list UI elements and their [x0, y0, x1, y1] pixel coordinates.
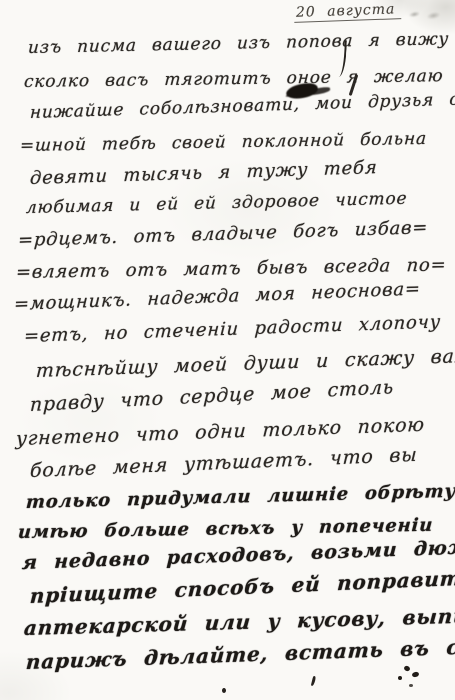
- manuscript-line: =етъ, но стеченіи радости хлопочу: [23, 311, 441, 347]
- ink-dot: [222, 688, 226, 693]
- manuscript-line: любимая и ей ей здоровое чистое: [26, 189, 408, 218]
- manuscript-line: сколко васъ тяготитъ оное я желаю: [23, 66, 444, 92]
- manuscript-line: аптекарской или у кусову, выпишу: [23, 603, 455, 640]
- ink-spatter-dots: [396, 658, 432, 696]
- manuscript-line: =шной тебѣ своей поклонной больна: [19, 129, 427, 156]
- ink-comma-stroke: [311, 676, 316, 686]
- manuscript-line: изъ писма вашего изъ попова я вижу: [28, 29, 450, 58]
- manuscript-line: нижайше соболѣзновати, мои друзья серд=: [30, 88, 455, 123]
- corner-smudge: [399, 0, 449, 32]
- manuscript-scan-page: 20 августа изъ писма вашего изъ попова я…: [0, 0, 455, 700]
- manuscript-line: угнетено что одни только покою: [15, 414, 425, 450]
- manuscript-line: =вляетъ отъ матъ бывъ всегда по=: [15, 254, 447, 283]
- manuscript-line: девяти тысячь я тужу тебя: [30, 157, 378, 189]
- manuscript-line: =мощникъ. надежда моя неоснова=: [13, 278, 421, 315]
- manuscript-line: =рдцемъ. отъ владыче богъ избав=: [17, 217, 428, 251]
- manuscript-line: только придумали лишніе обрѣтутъ: [25, 480, 455, 513]
- date-heading: 20 августа: [294, 1, 402, 23]
- manuscript-line: пріищите способъ ей поправить: [29, 565, 455, 608]
- manuscript-line: правду что сердце мое столь: [30, 376, 395, 416]
- manuscript-line: болѣе меня утѣшаетъ. что вы: [29, 444, 418, 482]
- manuscript-line: парижъ дѣлайте, встать въ старую: [25, 632, 455, 674]
